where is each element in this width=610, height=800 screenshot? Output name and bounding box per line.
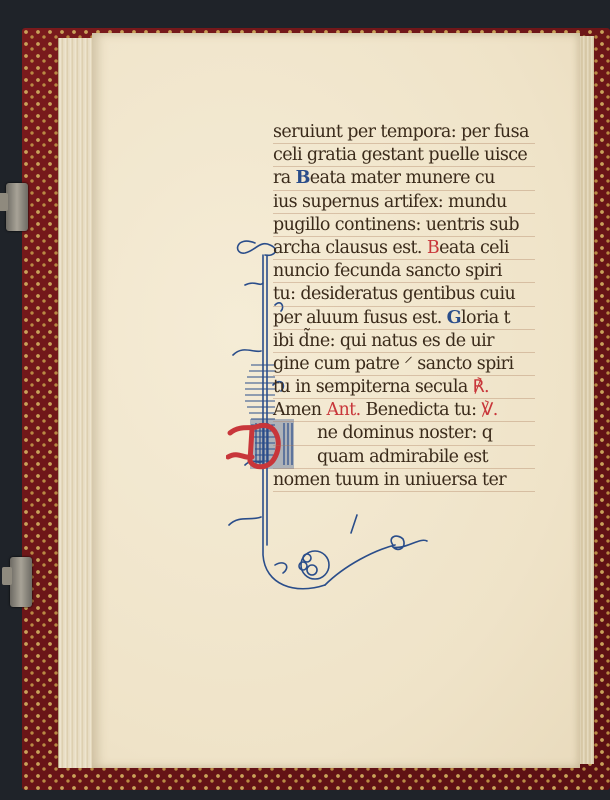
text-line-5: pugillo continens: uentris sub	[273, 214, 535, 237]
clasp-upper	[6, 183, 28, 231]
page-edges-right	[580, 36, 594, 764]
text-line-10: ibi d̃ne: qui natus es de uir	[273, 330, 535, 353]
red-initial-b: B	[427, 238, 439, 258]
text-line-15: quam admirabile est	[273, 446, 535, 469]
text-line-13: Amen Ant. Benedicta tu: ℣.	[273, 399, 535, 422]
clasp-lower	[10, 557, 32, 607]
text-line-8: tu: desideratus gentibus cuiu	[273, 283, 535, 306]
text-line-6: archa clausus est. Beata celi	[273, 237, 535, 260]
blue-initial-b: B	[296, 168, 310, 188]
text-line-1: seruiunt per tempora: per fusa	[273, 121, 535, 144]
blue-initial-g: G	[447, 308, 461, 328]
text-line-9: per aluum fusus est. Gloria t	[273, 307, 535, 330]
text-line-2: celi gratia gestant puelle uisce	[273, 144, 535, 167]
text-line-11: gine cum patre ⸍ sancto spiri	[273, 353, 535, 376]
text-line-16: nomen tuum in uniuersa ter	[273, 469, 535, 492]
text-line-7: nuncio fecunda sancto spiri	[273, 260, 535, 283]
text-line-14: ne dominus noster: q	[273, 422, 535, 445]
rubric-antiphon: Ant.	[326, 400, 360, 420]
text-line-3: ra Beata mater munere cu	[273, 167, 535, 190]
rubric-versicle-mark: ℣.	[481, 400, 497, 420]
manuscript-text-column: seruiunt per tempora: per fusa celi grat…	[273, 121, 535, 492]
rubric-response-mark: ℟.	[473, 377, 489, 397]
text-line-4: ius supernus artifex: mundu	[273, 191, 535, 214]
text-line-12: tu in sempiterna secula ℟.	[273, 376, 535, 399]
